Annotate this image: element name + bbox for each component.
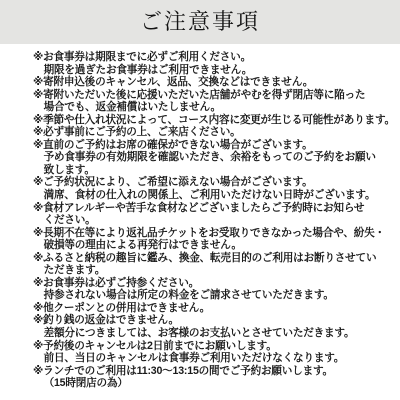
page-title: ご注意事項 — [140, 11, 260, 33]
note-item: ※予約後のキャンセルは2日前までにお願いします。 前日、当日のキャンセルは食事券… — [33, 340, 395, 365]
note-item: ※お食事券は期限までに必ずご利用ください。 期限を過ぎたお食事券はご利用できませ… — [33, 51, 395, 76]
note-item: ※寄附申込後のキャンセル、返品、交換などはできません。 — [33, 76, 395, 89]
note-item: ※必ず事前にご予約の上、ご来店ください。 — [33, 126, 395, 139]
note-item: ※ランチでのご利用は11:30～13:15の間でご予約お願いします。 （15時閉… — [33, 365, 395, 390]
note-item: ※季節や仕入れ状況によって、コース内容に変更が生じる可能性があります。 — [33, 114, 395, 127]
note-item: ※ご予約状況により、ご希望に添えない場合がございます。 満席、食材の仕入れの関係… — [33, 176, 395, 201]
note-item: ※他クーポンとの併用はできません。 — [33, 302, 395, 315]
note-item: ※食材アレルギーや苦手な食材などございましたらご予約時にお知らせ ください。 — [33, 202, 395, 227]
note-item: ※釣り銭の返金はできません。 差額分につきましては、お客様のお支払いとさせていた… — [33, 314, 395, 339]
notice-page: ご注意事項 ※お食事券は期限までに必ずご利用ください。 期限を過ぎたお食事券はご… — [0, 0, 400, 400]
notice-body: ※お食事券は期限までに必ずご利用ください。 期限を過ぎたお食事券はご利用できませ… — [0, 44, 400, 400]
note-item: ※寄附いただいた後に応援いただいた店舗がやむを得ず閉店等に陥った 場合でも、返金… — [33, 89, 395, 114]
note-item: ※ふるさと納税の趣旨に鑑み、換金、転売目的のご利用はお断りさせてい ただきます。 — [33, 252, 395, 277]
note-item: ※長期不在等により返礼品チケットをお受取りできなかった場合や、紛失・ 破損等の理… — [33, 227, 395, 252]
notes-list: ※お食事券は期限までに必ずご利用ください。 期限を過ぎたお食事券はご利用できませ… — [33, 51, 395, 390]
note-item: ※お食事券は必ずご持参ください。 持参されない場合は所定の料金をご請求させていた… — [33, 277, 395, 302]
notice-title-header: ご注意事項 — [0, 0, 400, 44]
note-item: ※直前のご予約はお席の確保ができない場合がございます。 予め食事券の有効期限を確… — [33, 139, 395, 177]
